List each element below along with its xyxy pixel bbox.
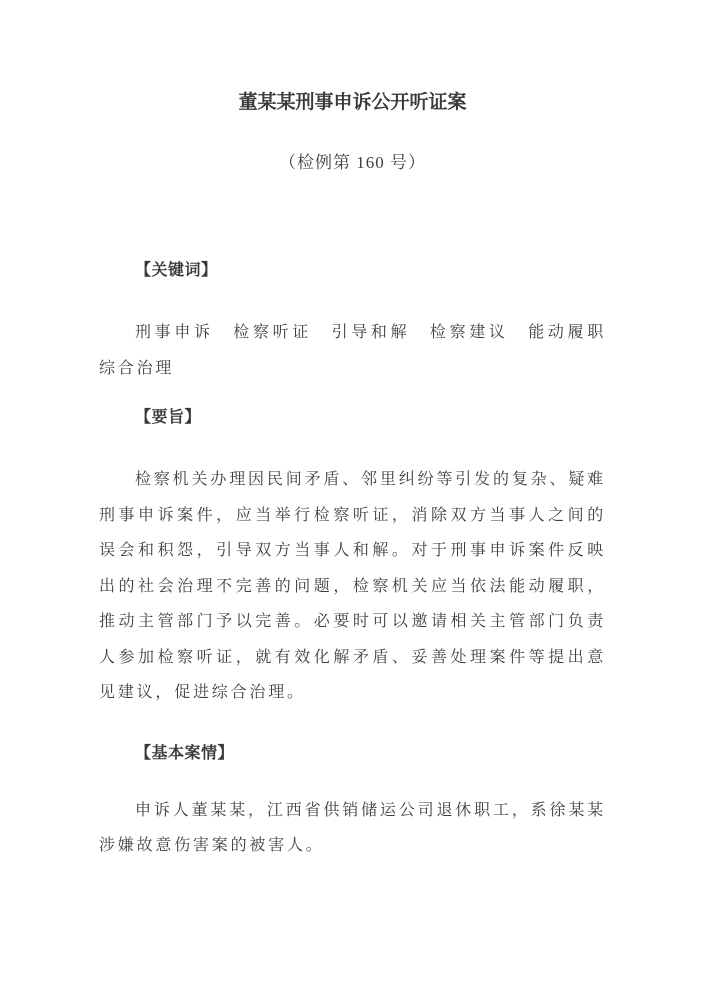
gist-text: 检察机关办理因民间矛盾、邻里纠纷等引发的复杂、疑难刑事申诉案件，应当举行检察听证…	[99, 462, 606, 711]
case-number: （检例第 160 号）	[99, 152, 606, 174]
keywords-heading: 【关键词】	[99, 259, 606, 283]
gist-heading: 【要旨】	[99, 406, 606, 430]
keywords-text: 刑事申诉 检察听证 引导和解 检察建议 能动履职 综合治理	[99, 315, 606, 386]
document-page: 董某某刑事申诉公开听证案 （检例第 160 号） 【关键词】 刑事申诉 检察听证…	[0, 0, 707, 999]
section-keywords: 【关键词】 刑事申诉 检察听证 引导和解 检察建议 能动履职 综合治理	[99, 259, 606, 386]
section-basic-facts: 【基本案情】 申诉人董某某，江西省供销储运公司退休职工，系徐某某涉嫌故意伤害案的…	[99, 742, 606, 864]
section-gist: 【要旨】 检察机关办理因民间矛盾、邻里纠纷等引发的复杂、疑难刑事申诉案件，应当举…	[99, 406, 606, 711]
basic-facts-heading: 【基本案情】	[99, 742, 606, 766]
document-title: 董某某刑事申诉公开听证案	[99, 90, 606, 116]
basic-facts-text: 申诉人董某某，江西省供销储运公司退休职工，系徐某某涉嫌故意伤害案的被害人。	[99, 793, 606, 864]
